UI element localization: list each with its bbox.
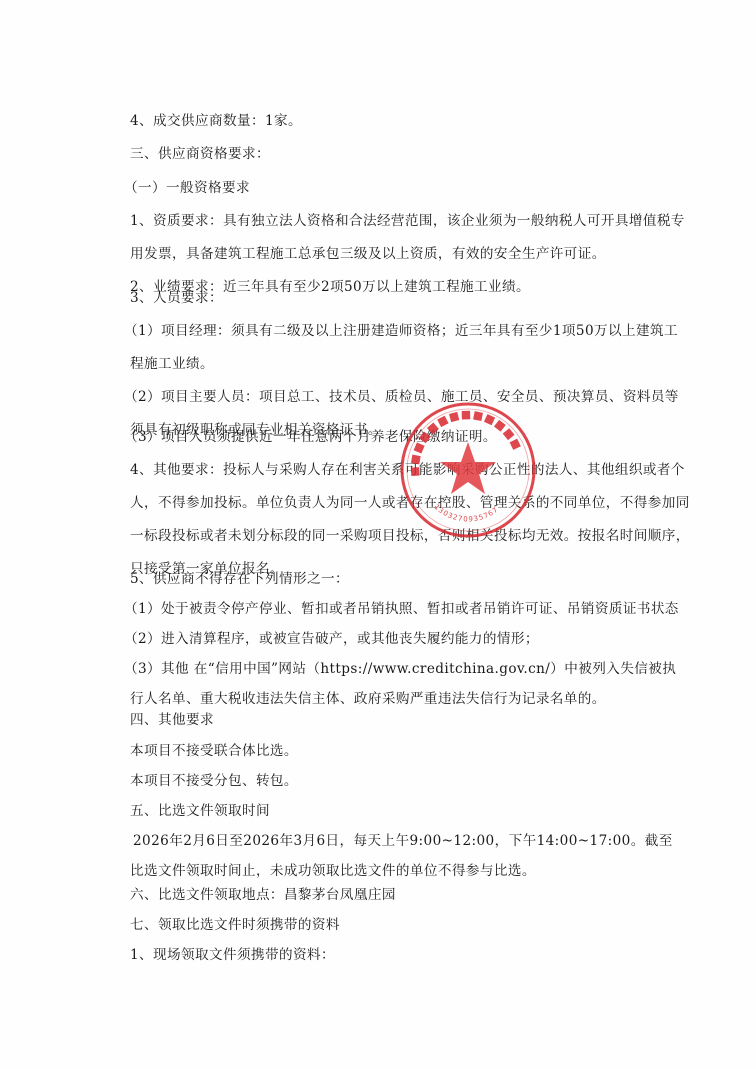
text-line: 本项目不接受分包、转包。 xyxy=(130,772,298,790)
text-line: （2）进入清算程序，或被宣告破产，或其他丧失履约能力的情形； xyxy=(124,630,539,648)
text-line: 程施工业绩。 xyxy=(130,355,214,373)
text-line: 七、领取比选文件时须携带的资料 xyxy=(130,916,340,934)
text-line: （3）其他 在“信用中国”网站（https://www.creditchina.… xyxy=(124,660,676,678)
text-line: 2026年2月6日至2026年3月6日，每天上午9:00~12:00，下午14:… xyxy=(133,832,673,850)
text-line: 五、比选文件领取时间 xyxy=(130,802,270,820)
text-line: （1）项目经理：须具有二级及以上注册建造师资格；近三年具有至少1项50万以上建筑… xyxy=(124,322,678,340)
text-line: 六、比选文件领取地点：昌黎茅台凤凰庄园 xyxy=(130,886,396,904)
text-line: 比选文件领取时间止，未成功领取比选文件的单位不得参与比选。 xyxy=(130,862,536,880)
text-line: （一）一般资格要求 xyxy=(124,179,250,197)
text-line: 四、其他要求 xyxy=(130,711,214,729)
text-line: 1、现场领取文件须携带的资料： xyxy=(130,946,335,964)
text-line: 1、资质要求：具有独立法人资格和合法经营范围，该企业须为一般纳税人可开具增值税专 xyxy=(130,212,685,230)
text-line: 三、供应商资格要求： xyxy=(130,145,270,163)
document-page: 4、成交供应商数量：1家。三、供应商资格要求：（一）一般资格要求1、资质要求：具… xyxy=(0,0,756,1069)
text-line: （1）处于被责令停产停业、暂扣或者吊销执照、暂扣或者吊销许可证、吊销资质证书状态 xyxy=(124,600,679,618)
text-line: 用发票，具备建筑工程施工总承包三级及以上资质，有效的安全生产许可证。 xyxy=(130,245,606,263)
text-line: 5、供应商不得存在下列情形之一： xyxy=(130,570,349,588)
text-line: 本项目不接受联合体比选。 xyxy=(130,742,298,760)
text-line: 行人名单、重大税收违法失信主体、政府采购严重违法失信行为记录名单的。 xyxy=(130,690,606,708)
text-line: （2）项目主要人员：项目总工、技术员、质检员、施工员、安全员、预决算员、资料员等 xyxy=(124,388,679,406)
text-line: 4、其他要求：投标人与采购人存在利害关系可能影响采购公正性的法人、其他组织或者个 xyxy=(130,461,685,479)
text-line: （3）项目人员须提供近一年任意两个月养老保险缴纳证明。 xyxy=(124,428,497,446)
text-line: 3、人员要求： xyxy=(130,289,223,307)
text-line: 4、成交供应商数量：1家。 xyxy=(130,112,302,130)
text-line: 人，不得参加投标。单位负责人为同一人或者存在控股、管理关系的不同单位，不得参加同 xyxy=(130,494,690,512)
text-line: 一标段投标或者未划分标段的同一采购项目投标，否则相关投标均无效。按报名时间顺序， xyxy=(130,527,690,545)
